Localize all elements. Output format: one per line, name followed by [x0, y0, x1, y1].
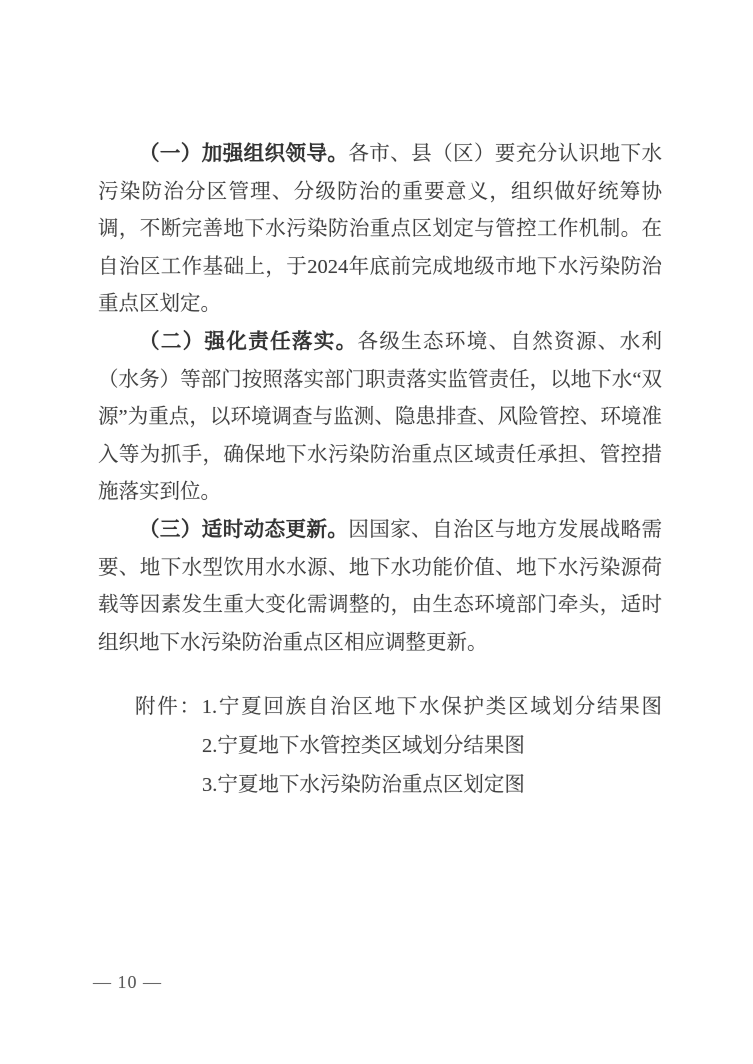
- attachments-label: 附件：: [135, 696, 202, 718]
- paragraph-1: （一）加强组织领导。各市、县（区）要充分认识地下水污染防治分区管理、分级防治的重…: [98, 136, 662, 324]
- scanned-document-page: （一）加强组织领导。各市、县（区）要充分认识地下水污染防治分区管理、分级防治的重…: [0, 0, 753, 1064]
- paragraph-2: （二）强化责任落实。各级生态环境、自然资源、水利（水务）等部门按照落实部门职责落…: [98, 324, 662, 512]
- attachments-block: 附件：1.宁夏回族自治区地下水保护类区域划分结果图 2.宁夏地下水管控类区域划分…: [98, 688, 662, 804]
- attachment-line-1: 附件：1.宁夏回族自治区地下水保护类区域划分结果图: [98, 688, 662, 727]
- page-number: — 10 —: [93, 972, 162, 993]
- attachment-item-3: 3.宁夏地下水污染防治重点区划定图: [202, 774, 525, 796]
- paragraph-2-lead: （二）强化责任落实。: [139, 331, 357, 353]
- attachment-item-2: 2.宁夏地下水管控类区域划分结果图: [202, 735, 525, 757]
- paragraph-3: （三）适时动态更新。因国家、自治区与地方发展战略需要、地下水型饮用水水源、地下水…: [98, 512, 662, 662]
- attachment-line-2: 2.宁夏地下水管控类区域划分结果图: [98, 727, 662, 766]
- attachment-line-3: 3.宁夏地下水污染防治重点区划定图: [98, 766, 662, 805]
- paragraph-2-text: 各级生态环境、自然资源、水利（水务）等部门按照落实部门职责落实监管责任，以地下水…: [98, 331, 662, 503]
- paragraph-1-lead: （一）加强组织领导。: [139, 143, 348, 165]
- paragraph-3-lead: （三）适时动态更新。: [139, 519, 348, 541]
- paragraph-1-text: 各市、县（区）要充分认识地下水污染防治分区管理、分级防治的重要意义，组织做好统筹…: [98, 143, 662, 315]
- document-body: （一）加强组织领导。各市、县（区）要充分认识地下水污染防治分区管理、分级防治的重…: [98, 136, 662, 805]
- attachment-item-1: 1.宁夏回族自治区地下水保护类区域划分结果图: [202, 696, 662, 718]
